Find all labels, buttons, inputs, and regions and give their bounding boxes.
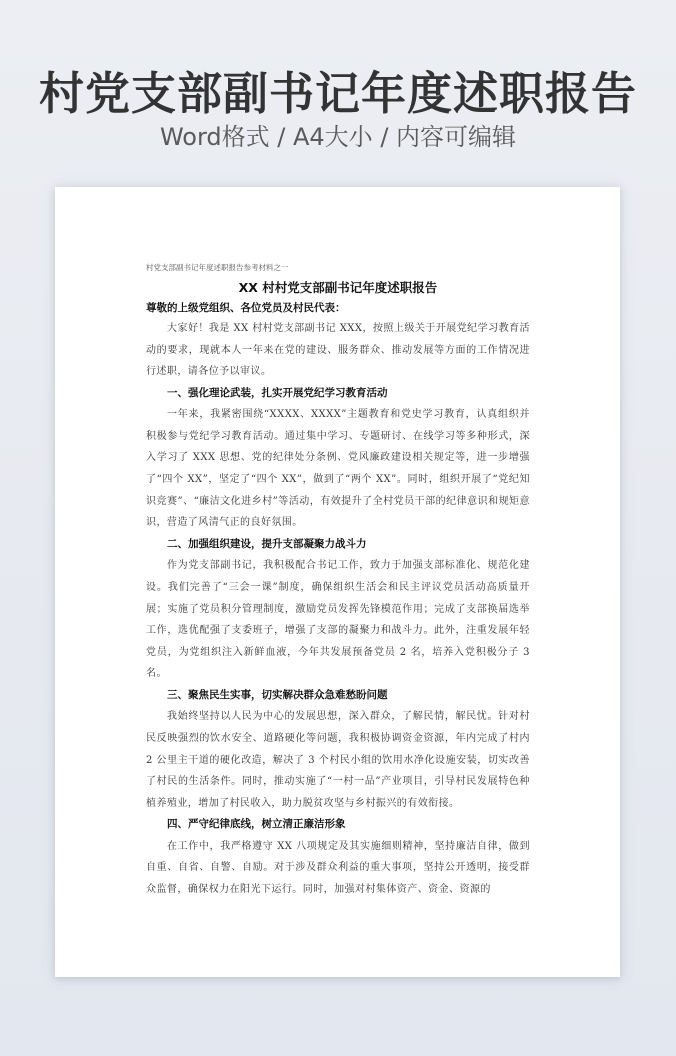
document-title: XX 村村党支部副书记年度述职报告 [146, 278, 530, 298]
section-heading-1: 一、强化理论武装，扎实开展党纪学习教育活动 [146, 383, 530, 405]
section-body-4: 在工作中，我严格遵守 XX 八项规定及其实施细则精神，坚持廉洁自律，做到自重、自… [146, 836, 530, 901]
section-heading-4: 四、严守纪律底线，树立清正廉洁形象 [146, 814, 530, 836]
document-page: 村党支部副书记年度述职报告参考材料之一 XX 村村党支部副书记年度述职报告 尊敬… [55, 187, 620, 977]
intro-paragraph: 大家好！我是 XX 村村党支部副书记 XXX，按照上级关于开展党纪学习教育活动的… [146, 318, 530, 383]
section-heading-3: 三、聚焦民生实事，切实解决群众急难愁盼问题 [146, 685, 530, 707]
document-header-note: 村党支部副书记年度述职报告参考材料之一 [146, 262, 530, 274]
section-body-3: 我始终坚持以人民为中心的发展思想，深入群众，了解民情，解民忧。针对村民反映强烈的… [146, 706, 530, 814]
document-body: 村党支部副书记年度述职报告参考材料之一 XX 村村党支部副书记年度述职报告 尊敬… [146, 262, 530, 901]
section-body-2: 作为党支部副书记，我积极配合书记工作，致力于加强支部标准化、规范化建设。我们完善… [146, 555, 530, 685]
section-body-1: 一年来，我紧密围绕“XXXX、XXXX”主题教育和党史学习教育，认真组织并积极参… [146, 404, 530, 534]
section-heading-2: 二、加强组织建设，提升支部凝聚力战斗力 [146, 534, 530, 556]
banner-title: 村党支部副书记年度述职报告 [0, 66, 676, 122]
banner-subtitle: Word格式 / A4大小 / 内容可编辑 [0, 121, 676, 153]
salutation: 尊敬的上级党组织、各位党员及村民代表： [146, 298, 530, 318]
